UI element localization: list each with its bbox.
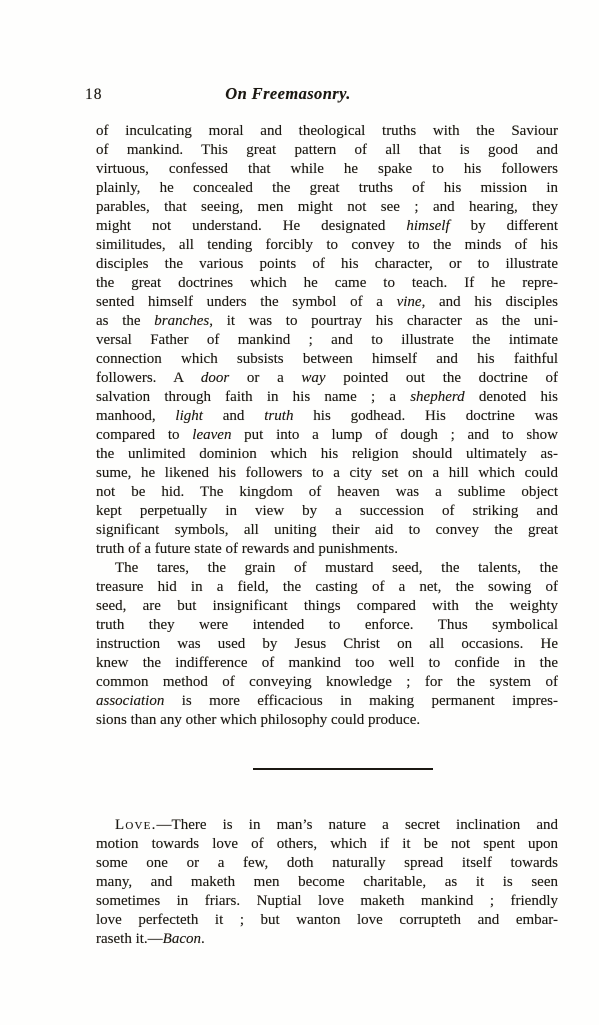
- text-line: sented himself unders the symbol of a vi…: [96, 293, 558, 312]
- footnote-section: Love.—There is in man’s nature a secret …: [96, 816, 558, 949]
- section-divider-rule: [253, 768, 433, 770]
- text-line: common method of conveying knowledge ; f…: [96, 673, 558, 692]
- text-line: raseth it.—Bacon.: [96, 930, 558, 949]
- text-line: of inculcating moral and theological tru…: [96, 122, 558, 141]
- text-line: sions than any other which philosophy co…: [96, 711, 558, 730]
- text-line: the great doctrines which he came to tea…: [96, 274, 558, 293]
- text-line: motion towards love of others, which if …: [96, 835, 558, 854]
- text-line: virtuous, confessed that while he spake …: [96, 160, 558, 179]
- text-line: plainly, he concealed the great truths o…: [96, 179, 558, 198]
- running-title: On Freemasonry.: [225, 84, 350, 104]
- text-line: many, and maketh men become charitable, …: [96, 873, 558, 892]
- text-line: as the branches, it was to pourtray his …: [96, 312, 558, 331]
- text-line: connection which subsists between himsel…: [96, 350, 558, 369]
- text-line: kept perpetually in view by a succession…: [96, 502, 558, 521]
- text-line: sometimes in friars. Nuptial love maketh…: [96, 892, 558, 911]
- text-line: parables, that seeing, men might not see…: [96, 198, 558, 217]
- text-line: compared to leaven put into a lump of do…: [96, 426, 558, 445]
- text-line: The tares, the grain of mustard seed, th…: [96, 559, 558, 578]
- paragraph-symbolic-teaching: of inculcating moral and theological tru…: [96, 122, 558, 559]
- text-line: manhood, light and truth his godhead. Hi…: [96, 407, 558, 426]
- text-line: disciples the various points of his char…: [96, 255, 558, 274]
- text-line: sume, he likened his followers to a city…: [96, 464, 558, 483]
- text-line: treasure hid in a field, the casting of …: [96, 578, 558, 597]
- text-line: seed, are but insignificant things compa…: [96, 597, 558, 616]
- text-line: association is more efficacious in makin…: [96, 692, 558, 711]
- text-line: similitudes, all tending forcibly to con…: [96, 236, 558, 255]
- text-line: not be hid. The kingdom of heaven was a …: [96, 483, 558, 502]
- text-line: the unlimited dominion which his religio…: [96, 445, 558, 464]
- text-line: Love.—There is in man’s nature a secret …: [96, 816, 558, 835]
- text-line: some one or a few, doth naturally spread…: [96, 854, 558, 873]
- book-page: 18 On Freemasonry. of inculcating moral …: [0, 0, 599, 1025]
- text-line: love perfecteth it ; but wanton love cor…: [96, 911, 558, 930]
- text-line: versal Father of mankind ; and to illust…: [96, 331, 558, 350]
- paragraph-love-bacon: Love.—There is in man’s nature a secret …: [96, 816, 558, 949]
- page-header: 18 On Freemasonry.: [96, 86, 558, 106]
- text-line: truth of a future state of rewards and p…: [96, 540, 558, 559]
- text-line: followers. A door or a way pointed out t…: [96, 369, 558, 388]
- page-number: 18: [85, 86, 103, 104]
- text-line: salvation through faith in his name ; a …: [96, 388, 558, 407]
- text-line: significant symbols, all uniting their a…: [96, 521, 558, 540]
- text-line: knew the indifference of mankind too wel…: [96, 654, 558, 673]
- text-column: of inculcating moral and theological tru…: [96, 122, 558, 949]
- text-line: truth they were intended to enforce. Thu…: [96, 616, 558, 635]
- paragraph-parables: The tares, the grain of mustard seed, th…: [96, 559, 558, 730]
- text-line: instruction was used by Jesus Christ on …: [96, 635, 558, 654]
- text-line: of mankind. This great pattern of all th…: [96, 141, 558, 160]
- text-line: might not understand. He designated hims…: [96, 217, 558, 236]
